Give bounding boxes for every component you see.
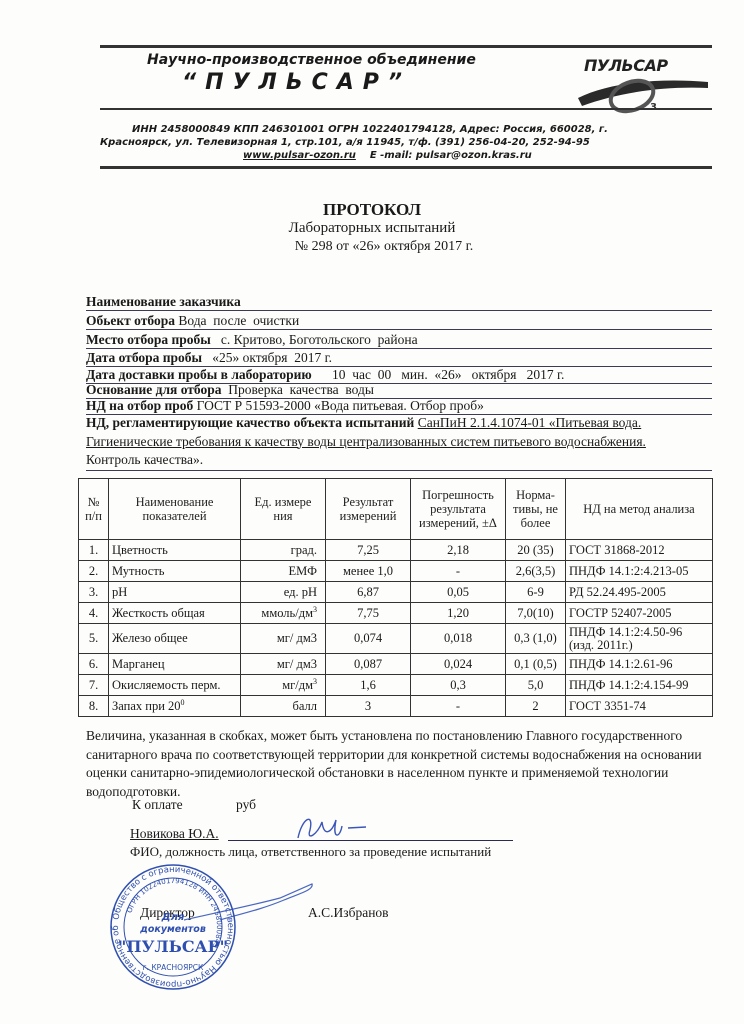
ozone-o3-logo-icon: 3 <box>570 52 710 114</box>
table-row: 7.Окисляемость перм.мг/дм31,60,35,0ПНДФ … <box>79 675 713 696</box>
cell-result-text: 1,6 <box>360 678 376 692</box>
cell-unit: град. <box>241 540 326 561</box>
cell-method-edition: (изд. 2011г.) <box>569 638 633 652</box>
payment-label: К оплате <box>132 797 183 813</box>
table-row: 6.Марганецмг/ дм30,0870,0240,1 (0,5)ПНДФ… <box>79 654 713 675</box>
cell-unit-superscript: 3 <box>313 605 317 614</box>
cell-unit: ммоль/дм3 <box>241 603 326 624</box>
cell-method: ПНДФ 14.1:2.61-96 <box>566 654 713 675</box>
nd-quality-value-2: Гигиенические требования к качеству воды… <box>86 434 646 449</box>
table-row: 2.МутностьЕМФменее 1,0-2,6(3,5)ПНДФ 14.1… <box>79 561 713 582</box>
nd-quality-label: НД, регламентирующие качество объекта ис… <box>86 415 414 430</box>
cell-result-text: 0,087 <box>354 657 382 671</box>
cell-error: 0,05 <box>411 582 506 603</box>
requisites-line-1: ИНН 2458000849 КПП 246301001 ОГРН 102240… <box>132 124 608 135</box>
cell-method-text: ПНДФ 14.1:2:4.154-99 <box>569 678 688 692</box>
info-label: Место отбора пробы <box>86 332 211 347</box>
cell-indicator: pH <box>109 582 241 603</box>
info-line: Обьект отбора Вода после очистки <box>86 312 712 330</box>
header-indicator: Наименование показателей <box>109 479 241 540</box>
table-row: 3.pHед. pH6,870,056-9РД 52.24.495-2005 <box>79 582 713 603</box>
requisites-line-2: Красноярск, ул. Телевизорная 1, стр.101,… <box>100 137 590 148</box>
cell-indicator: Марганец <box>109 654 241 675</box>
cell-norm: 6-9 <box>506 582 566 603</box>
cell-result-text: 7,25 <box>357 543 379 557</box>
cell-indicator-text: Запах при 20 <box>112 699 181 713</box>
table-row: 5.Железо общеемг/ дм30,0740,0180,3 (1,0)… <box>79 624 713 654</box>
cell-unit: балл <box>241 696 326 717</box>
cell-error: 0,3 <box>411 675 506 696</box>
cell-unit-text: мг/дм <box>282 678 313 692</box>
cell-number: 1. <box>79 540 109 561</box>
cell-error-text: 1,20 <box>447 606 469 620</box>
cell-number: 6. <box>79 654 109 675</box>
cell-method-text: ГОСТ 3351-74 <box>569 699 646 713</box>
cell-error: - <box>411 696 506 717</box>
cell-norm-text: 0,3 (1,0) <box>514 631 557 645</box>
org-subtitle: Научно-производственное объединение <box>147 52 476 68</box>
header-norm: Норма-тивы, не более <box>506 479 566 540</box>
cell-unit: ед. pH <box>241 582 326 603</box>
table-header-row: № п/п Наименование показателей Ед. измер… <box>79 479 713 540</box>
info-label: Наименование заказчика <box>86 294 241 309</box>
cell-result: менее 1,0 <box>326 561 411 582</box>
org-name: “ПУЛЬСАР” <box>182 70 411 95</box>
responsible-caption: ФИО, должность лица, ответственного за п… <box>130 844 491 860</box>
letterhead-mid-rule <box>100 108 712 110</box>
cell-norm: 2 <box>506 696 566 717</box>
nd-quality-value-1: СанПиН 2.1.4.1074-01 «Питьевая вода. <box>418 415 642 430</box>
cell-unit-text: ед. pH <box>284 585 317 599</box>
company-stamp: Общество с ограниченной ответственностью… <box>108 862 238 992</box>
cell-result: 7,75 <box>326 603 411 624</box>
info-line: Дата отбора пробы «25» октября 2017 г. <box>86 349 712 367</box>
cell-indicator: Железо общее <box>109 624 241 654</box>
cell-norm-text: 20 (35) <box>517 543 553 557</box>
cell-indicator-text: Цветность <box>112 543 168 557</box>
cell-indicator-text: Мутность <box>112 564 164 578</box>
pulsar-logo: ПУЛЬСАР 3 <box>570 52 710 114</box>
cell-indicator-text: pH <box>112 585 127 599</box>
cell-result-text: 7,75 <box>357 606 379 620</box>
cell-unit-text: мг/ дм3 <box>277 631 317 645</box>
email-link[interactable]: pulsar@ozon.kras.ru <box>416 150 532 161</box>
cell-number-text: 6. <box>89 657 98 671</box>
cell-method: ГОСТ 3351-74 <box>566 696 713 717</box>
responsible-signature <box>292 808 372 848</box>
cell-norm-text: 2,6(3,5) <box>516 564 556 578</box>
cell-error: 1,20 <box>411 603 506 624</box>
cell-indicator: Цветность <box>109 540 241 561</box>
info-value: 10 час 00 мин. «26» октября 2017 г. <box>312 367 565 382</box>
cell-method-text: ГОСТР 52407-2005 <box>569 606 672 620</box>
cell-result: 0,087 <box>326 654 411 675</box>
results-table: № п/п Наименование показателей Ед. измер… <box>78 478 713 717</box>
cell-norm-text: 0,1 (0,5) <box>514 657 557 671</box>
cell-error: 2,18 <box>411 540 506 561</box>
cell-error: - <box>411 561 506 582</box>
cell-error-text: 0,3 <box>450 678 466 692</box>
info-line: Наименование заказчика <box>86 293 712 311</box>
cell-error: 0,024 <box>411 654 506 675</box>
cell-error-text: - <box>456 699 460 713</box>
svg-text:Для: Для <box>161 912 185 923</box>
cell-method: ПНДФ 14.1:2:4.154-99 <box>566 675 713 696</box>
header-method: НД на метод анализа <box>566 479 713 540</box>
info-value: «25» октября 2017 г. <box>202 350 332 365</box>
cell-number: 5. <box>79 624 109 654</box>
cell-method-text: РД 52.24.495-2005 <box>569 585 666 599</box>
cell-error-text: 0,018 <box>444 631 472 645</box>
protocol-number: № 298 от «26» октября 2017 г. <box>12 239 744 255</box>
cell-indicator: Мутность <box>109 561 241 582</box>
cell-unit: мг/дм3 <box>241 675 326 696</box>
cell-indicator-text: Железо общее <box>112 631 188 645</box>
cell-error-text: - <box>456 564 460 578</box>
cell-indicator: Окисляемость перм. <box>109 675 241 696</box>
cell-norm: 0,1 (0,5) <box>506 654 566 675</box>
cell-number-text: 7. <box>89 678 98 692</box>
cell-indicator-text: Окисляемость перм. <box>112 678 221 692</box>
cell-result: 6,87 <box>326 582 411 603</box>
cell-number-text: 8. <box>89 699 98 713</box>
cell-method-text: ПНДФ 14.1:2.61-96 <box>569 657 672 671</box>
cell-norm: 2,6(3,5) <box>506 561 566 582</box>
cell-method: ГОСТР 52407-2005 <box>566 603 713 624</box>
info-value: Вода после очистки <box>175 313 299 328</box>
cell-unit: ЕМФ <box>241 561 326 582</box>
protocol-subtitle: Лабораторных испытаний <box>0 220 744 237</box>
responsible-name: Новикова Ю.А. <box>130 826 219 842</box>
cell-method-text: ГОСТ 31868-2012 <box>569 543 665 557</box>
info-line: Место отбора пробы с. Критово, Боготольс… <box>86 331 712 349</box>
cell-unit: мг/ дм3 <box>241 624 326 654</box>
cell-method: РД 52.24.495-2005 <box>566 582 713 603</box>
cell-method-text: ПНДФ 14.1:2:4.50-96 <box>569 625 682 639</box>
info-label: Дата отбора пробы <box>86 350 202 365</box>
payment-currency: руб <box>236 797 256 813</box>
cell-number-text: 4. <box>89 606 98 620</box>
cell-norm-text: 7,0(10) <box>517 606 553 620</box>
cell-number: 3. <box>79 582 109 603</box>
cell-result-text: менее 1,0 <box>343 564 393 578</box>
info-label: Дата доставки пробы в лабораторию <box>86 367 312 382</box>
cell-result-text: 3 <box>365 699 371 713</box>
cell-error-text: 0,024 <box>444 657 472 671</box>
info-value: с. Критово, Боготольского района <box>211 332 418 347</box>
table-row: 8.Запах при 200балл3-2ГОСТ 3351-74 <box>79 696 713 717</box>
protocol-title: ПРОТОКОЛ <box>0 200 744 220</box>
footnote: Величина, указанная в скобках, может быт… <box>86 727 706 801</box>
svg-text:г. КРАСНОЯРСК: г. КРАСНОЯРСК <box>143 963 204 972</box>
cell-unit-text: ЕМФ <box>289 564 317 578</box>
email-label: E -mail: <box>370 150 413 161</box>
header-result: Результат измерений <box>326 479 411 540</box>
cell-method: ПНДФ 14.1:2:4.213-05 <box>566 561 713 582</box>
contacts-line: www.pulsar-ozon.ru E -mail: pulsar@ozon.… <box>243 150 532 161</box>
cell-norm: 7,0(10) <box>506 603 566 624</box>
website-link[interactable]: www.pulsar-ozon.ru <box>243 150 356 161</box>
info-line: НД на отбор проб ГОСТ Р 51593-2000 «Вода… <box>86 397 712 415</box>
cell-result: 3 <box>326 696 411 717</box>
cell-unit-text: ммоль/дм <box>261 606 313 620</box>
header-number: № п/п <box>79 479 109 540</box>
cell-result: 7,25 <box>326 540 411 561</box>
cell-indicator-text: Жесткость общая <box>112 606 205 620</box>
cell-number: 8. <box>79 696 109 717</box>
svg-text:"ПУЛЬСАР": "ПУЛЬСАР" <box>118 937 228 956</box>
cell-norm: 20 (35) <box>506 540 566 561</box>
cell-method-text: ПНДФ 14.1:2:4.213-05 <box>569 564 688 578</box>
table-row: 4.Жесткость общаяммоль/дм37,751,207,0(10… <box>79 603 713 624</box>
cell-unit-text: балл <box>293 699 318 713</box>
cell-number: 2. <box>79 561 109 582</box>
cell-method: ГОСТ 31868-2012 <box>566 540 713 561</box>
cell-error-text: 0,05 <box>447 585 469 599</box>
cell-norm: 0,3 (1,0) <box>506 624 566 654</box>
cell-result-text: 0,074 <box>354 631 382 645</box>
cell-unit-superscript: 3 <box>313 677 317 686</box>
header-error: Погрешность результата измерений, ±Δ <box>411 479 506 540</box>
cell-error: 0,018 <box>411 624 506 654</box>
letterhead-top-rule <box>100 45 712 48</box>
director-name: А.С.Избранов <box>308 905 389 921</box>
cell-number: 4. <box>79 603 109 624</box>
cell-number-text: 5. <box>89 631 98 645</box>
cell-result: 1,6 <box>326 675 411 696</box>
cell-indicator-text: Марганец <box>112 657 165 671</box>
nd-quality-value-3: Контроль качества». <box>86 452 203 467</box>
cell-indicator-superscript: 0 <box>181 698 185 707</box>
info-value: Проверка качества воды <box>222 382 374 397</box>
cell-indicator: Жесткость общая <box>109 603 241 624</box>
cell-indicator: Запах при 200 <box>109 696 241 717</box>
cell-number-text: 3. <box>89 585 98 599</box>
cell-error-text: 2,18 <box>447 543 469 557</box>
svg-text:документов: документов <box>139 924 206 935</box>
cell-unit: мг/ дм3 <box>241 654 326 675</box>
info-label: Обьект отбора <box>86 313 175 328</box>
cell-number-text: 1. <box>89 543 98 557</box>
info-value: ГОСТ Р 51593-2000 «Вода питьевая. Отбор … <box>193 398 484 413</box>
cell-unit-text: мг/ дм3 <box>277 657 317 671</box>
header-unit: Ед. измере ния <box>241 479 326 540</box>
info-label: НД на отбор проб <box>86 398 193 413</box>
cell-norm-text: 2 <box>532 699 538 713</box>
cell-number-text: 2. <box>89 564 98 578</box>
cell-number: 7. <box>79 675 109 696</box>
cell-unit-text: град. <box>291 543 317 557</box>
nd-quality-block: НД, регламентирующие качество объекта ис… <box>86 414 712 471</box>
cell-result-text: 6,87 <box>357 585 379 599</box>
cell-norm-text: 5,0 <box>528 678 544 692</box>
cell-result: 0,074 <box>326 624 411 654</box>
info-label: Основание для отбора <box>86 382 222 397</box>
letterhead-bottom-rule <box>100 166 712 169</box>
cell-norm-text: 6-9 <box>527 585 544 599</box>
signature-line <box>228 840 513 841</box>
table-row: 1.Цветностьград.7,252,1820 (35)ГОСТ 3186… <box>79 540 713 561</box>
cell-norm: 5,0 <box>506 675 566 696</box>
cell-method: ПНДФ 14.1:2:4.50-96(изд. 2011г.) <box>566 624 713 654</box>
